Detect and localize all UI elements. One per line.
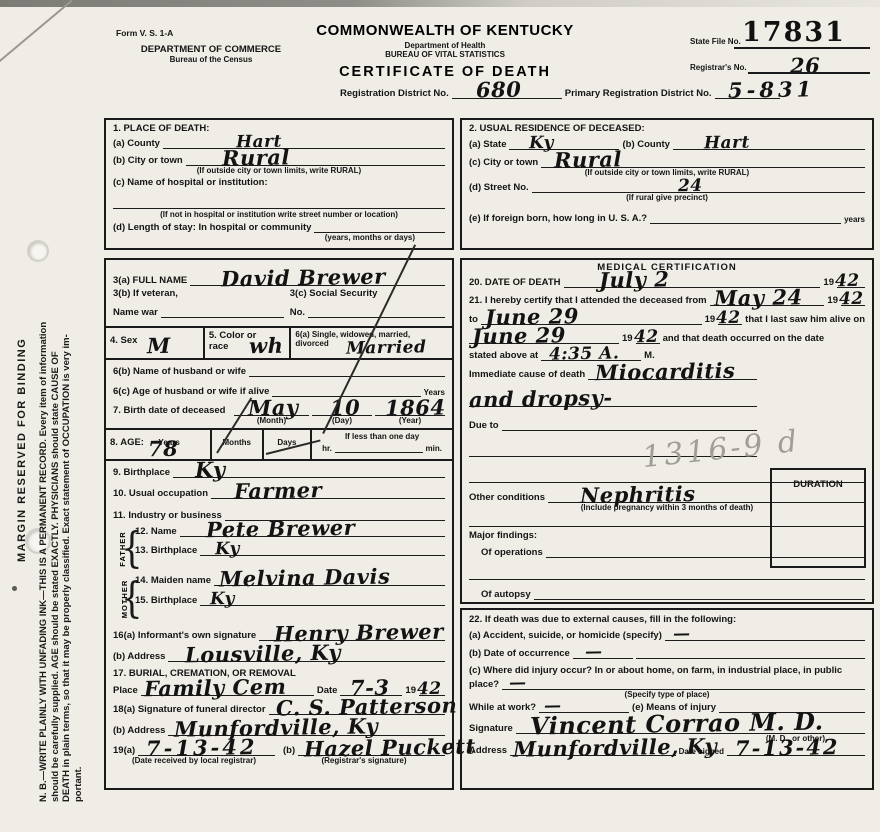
other-conditions-value: Nephritis xyxy=(580,483,696,506)
nb-note: N. B.—WRITE PLAINLY WITH UNFADING INK—TH… xyxy=(38,320,84,802)
death-certificate-scan: MARGIN RESERVED FOR BINDING N. B.—WRITE … xyxy=(0,0,880,832)
s19b-label: (b) xyxy=(283,745,295,756)
s1b-label: (b) City or town xyxy=(113,155,183,166)
attended-from-value: May 24 xyxy=(714,286,803,309)
dept-health: Department of Health xyxy=(280,41,610,50)
s22c-value: — xyxy=(509,675,527,692)
s22c-hint: (Specify type of place) xyxy=(469,690,865,699)
s3c-label2: No. xyxy=(290,307,305,318)
birth-month-value: May xyxy=(247,397,298,419)
s22b-label: (b) Date of occurrence xyxy=(469,648,570,659)
s21-from-year-prefix: 19 xyxy=(827,295,838,306)
s21-occurred-label: and that death occurred on the date xyxy=(663,333,825,344)
s3b-label2: Name war xyxy=(113,307,158,318)
s8-min-label: min. xyxy=(426,444,442,453)
mother-group: MOTHER { 14. Maiden name Melvina Davis 1… xyxy=(113,575,445,623)
s9-label: 9. Birthplace xyxy=(113,467,170,478)
form-number: Form V. S. 1-A xyxy=(116,28,306,38)
mother-birthplace-value: Ky xyxy=(210,591,235,608)
physician-signature-label: Signature xyxy=(469,723,513,734)
immediate-cause-value2: and dropsy- xyxy=(469,387,613,411)
s1d-hint: (years, months or days) xyxy=(113,233,445,242)
city-value: Rural xyxy=(222,146,290,168)
binding-margin-note: MARGIN RESERVED FOR BINDING xyxy=(16,290,28,562)
attended-from-year: 42 xyxy=(839,291,864,308)
s2e-label: (e) If foreign born, how long in U. S. A… xyxy=(469,213,647,224)
bureau-vital-statistics: BUREAU OF VITAL STATISTICS xyxy=(280,50,610,59)
header-right: State File No. 17831 Registrar's No. 26 xyxy=(690,14,870,74)
last-seen-year: 42 xyxy=(633,329,658,346)
scan-edge-top xyxy=(0,0,880,7)
s2d-label: (d) Street No. xyxy=(469,182,529,193)
s21-occ-year-prefix: 19 xyxy=(622,333,633,344)
s14-label: 14. Maiden name xyxy=(135,575,211,586)
other-conditions-label: Other conditions xyxy=(469,492,545,503)
state-file-number: 17831 xyxy=(742,17,846,48)
s1c-hint: (If not in hospital or institution write… xyxy=(113,210,445,219)
s1d-label: (d) Length of stay: In hospital or commu… xyxy=(113,222,311,233)
residence-state-value: Ky xyxy=(529,135,554,152)
s2d-hint: (If rural give precinct) xyxy=(469,193,865,202)
s2e-suffix: years xyxy=(844,215,865,224)
s19a-label: 19(a) xyxy=(113,745,135,756)
informant-address-value: Lousville, Ky xyxy=(185,642,341,666)
ink-speck xyxy=(12,586,17,591)
physician-address-value: Munfordville, Ky xyxy=(513,735,718,760)
date-received-value: 7-13-42 xyxy=(146,736,258,759)
s2c-label: (c) City or town xyxy=(469,157,538,168)
of-operations-label: Of operations xyxy=(481,547,543,558)
s22c-label: (c) Where did injury occur? In or about … xyxy=(469,665,865,676)
s8-less-label: If less than one day xyxy=(316,432,448,441)
s2b-label: (b) County xyxy=(622,139,670,150)
street-no-value: 24 xyxy=(678,178,703,195)
due-to-label: Due to xyxy=(469,420,499,431)
s20-label: 20. DATE OF DEATH xyxy=(469,277,561,288)
residence-city-value: Rural xyxy=(554,148,622,170)
commonwealth-title: COMMONWEALTH OF KENTUCKY xyxy=(280,22,610,39)
section-place-of-death: 1. PLACE OF DEATH: (a) County Hart (b) C… xyxy=(104,118,454,250)
birth-year-value: 1864 xyxy=(385,396,446,418)
header-center: COMMONWEALTH OF KENTUCKY Department of H… xyxy=(280,22,610,80)
bureau-census: Bureau of the Census xyxy=(116,55,306,64)
section-medical-certification: MEDICAL CERTIFICATION 20. DATE OF DEATH … xyxy=(460,258,874,604)
stated-above-label: stated above at xyxy=(469,350,538,361)
header-left: Form V. S. 1-A DEPARTMENT OF COMMERCE Bu… xyxy=(116,28,306,64)
date-of-death-year: 42 xyxy=(835,273,860,290)
corner-crease xyxy=(0,0,73,62)
s16b-label: (b) Address xyxy=(113,651,165,662)
nb-line4: portant. xyxy=(73,320,85,802)
reg-district-value: 680 xyxy=(476,79,522,101)
residence-county-value: Hart xyxy=(704,135,750,153)
s15-label: 15. Birthplace xyxy=(135,595,197,606)
burial-place-value: Family Cem xyxy=(144,676,287,699)
color-race-value: wh xyxy=(249,335,284,357)
s17-place-label: Place xyxy=(113,685,138,696)
s22a-label: (a) Accident, suicide, or homicide (spec… xyxy=(469,630,662,641)
s1a-label: (a) County xyxy=(113,138,160,149)
father-birthplace-value: Ky xyxy=(215,541,240,558)
mother-brace: { xyxy=(121,573,143,623)
registrar-no-label: Registrar's No. xyxy=(690,63,747,72)
s2a-label: (a) State xyxy=(469,139,506,150)
s7-label: 7. Birth date of deceased xyxy=(113,405,231,416)
registrar-signature-value: Hazel Puckett xyxy=(304,736,476,760)
section-external-causes: 22. If death was due to external causes,… xyxy=(460,608,874,790)
s16a-label: 16(a) Informant's own signature xyxy=(113,630,256,641)
birthplace-value: Ky xyxy=(195,459,226,481)
s10-label: 10. Usual occupation xyxy=(113,488,208,499)
immediate-cause-value1: Miocarditis xyxy=(595,360,736,383)
s3a-label: 3(a) FULL NAME xyxy=(113,275,187,286)
s8-hr-label: hr. xyxy=(322,444,332,453)
primary-reg-value: 5-831 xyxy=(727,78,815,101)
s20-year-prefix: 19 xyxy=(823,277,834,288)
dept-commerce: DEPARTMENT OF COMMERCE xyxy=(116,44,306,55)
registration-district-row: Registration District No. 680 Primary Re… xyxy=(340,88,780,99)
s2c-hint: (If outside city or town limits, write R… xyxy=(469,168,865,177)
reg-district-label: Registration District No. xyxy=(340,88,449,99)
section-personal-data: 3(a) FULL NAME David Brewer 3(b) If vete… xyxy=(104,258,454,790)
while-at-work-label: While at work? xyxy=(469,702,536,713)
marital-status-value: Married xyxy=(346,339,427,357)
s22b-value: — xyxy=(585,644,603,661)
s21-alive-label: that I last saw him alive on xyxy=(745,314,865,325)
primary-reg-label: Primary Registration District No. xyxy=(565,88,712,99)
last-seen-value: June 29 xyxy=(472,324,566,347)
s22-title: 22. If death was due to external causes,… xyxy=(469,614,865,625)
attended-to-year: 42 xyxy=(716,310,741,327)
punch-hole-top xyxy=(27,240,49,262)
section-usual-residence: 2. USUAL RESIDENCE OF DECEASED: (a) Stat… xyxy=(460,118,874,250)
nb-line2: should be carefully supplied. AGE should… xyxy=(50,320,62,802)
nb-line3: DEATH in plain terms, so that it may be … xyxy=(61,320,73,802)
father-brace: { xyxy=(121,523,143,573)
immediate-cause-label: Immediate cause of death xyxy=(469,369,585,380)
s6c-label: 6(c) Age of husband or wife if alive xyxy=(113,386,269,397)
date-signed-value: 7-13-42 xyxy=(735,736,840,759)
sex-value: M xyxy=(147,335,171,356)
nb-line1: N. B.—WRITE PLAINLY WITH UNFADING INK—TH… xyxy=(38,320,50,802)
s8-months-label: Months xyxy=(223,438,251,447)
father-name-value: Pete Brewer xyxy=(206,517,355,541)
s13-label: 13. Birthplace xyxy=(135,545,197,556)
s18b-label: (b) Address xyxy=(113,725,165,736)
s4-label: 4. Sex xyxy=(110,335,137,346)
s6b-label: 6(b) Name of husband or wife xyxy=(113,366,246,377)
full-name-value: David Brewer xyxy=(221,266,386,290)
s22c-label2: place? xyxy=(469,679,499,690)
s1c-label: (c) Name of hospital or institution: xyxy=(113,177,268,188)
s18a-label: 18(a) Signature of funeral director xyxy=(113,704,266,715)
mother-maiden-value: Melvina Davis xyxy=(218,566,390,590)
state-file-label: State File No. xyxy=(690,37,741,46)
s22a-value: — xyxy=(673,626,691,643)
s8-label: 8. AGE: xyxy=(110,437,144,448)
certificate-title: CERTIFICATE OF DEATH xyxy=(280,64,610,80)
of-autopsy-label: Of autopsy xyxy=(481,589,531,600)
age-years-value: 78 xyxy=(147,438,178,460)
s21-to-year-prefix: 19 xyxy=(705,314,716,325)
physician-address-label: Address xyxy=(469,745,507,756)
date-of-death-value: July 2 xyxy=(599,268,670,290)
occupation-value: Farmer xyxy=(234,479,322,502)
